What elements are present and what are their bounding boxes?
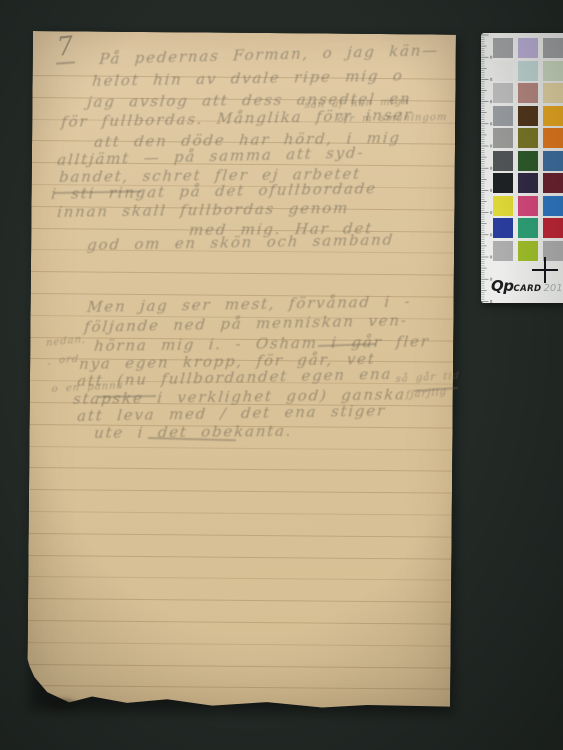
color-patch	[493, 38, 513, 58]
color-patch	[543, 83, 563, 103]
color-patch	[543, 218, 563, 238]
color-patch	[518, 218, 538, 238]
ruled-line	[28, 576, 451, 581]
ruler-number-smudge	[490, 100, 492, 103]
color-patch	[543, 61, 563, 81]
ruled-line	[27, 685, 450, 690]
color-patch	[493, 241, 513, 261]
ruled-line	[31, 271, 454, 276]
color-patch	[493, 151, 513, 171]
ruled-line	[28, 620, 451, 625]
color-patch	[518, 241, 538, 261]
color-patch	[543, 241, 563, 261]
color-patch	[543, 128, 563, 148]
color-patch	[518, 61, 538, 81]
color-patch	[518, 128, 538, 148]
ruler-number-smudge	[490, 189, 492, 192]
ruler-number-smudge	[490, 122, 492, 125]
color-patch	[493, 218, 513, 238]
torn-corner-shadow	[48, 700, 76, 709]
ruled-line	[29, 511, 452, 516]
handwriting-line: öfr m småningom	[337, 112, 448, 125]
ruled-line	[28, 598, 451, 603]
brand-suffix-text: CARD	[514, 284, 542, 294]
color-patch	[493, 61, 513, 81]
ruled-line	[29, 533, 452, 538]
color-patch	[518, 173, 538, 193]
card-brand-logo: QpCARD201	[491, 279, 563, 296]
color-patch	[518, 106, 538, 126]
ruler-number-smudge	[490, 167, 492, 170]
ruled-line	[29, 489, 452, 494]
color-patch	[518, 83, 538, 103]
color-patch	[543, 151, 563, 171]
color-patch	[518, 151, 538, 171]
color-patch	[543, 196, 563, 216]
color-calibration-card: QpCARD201	[481, 33, 563, 303]
photo-scan: 7 På pedernas Forman, o jag kän—helot hi…	[0, 0, 563, 750]
card-model-number: 201	[544, 283, 563, 294]
color-patch	[543, 173, 563, 193]
ruler-number-smudge	[490, 300, 492, 303]
color-patch	[493, 106, 513, 126]
ruled-line	[28, 642, 451, 647]
ruled-line	[27, 664, 450, 669]
ruler-number-smudge	[490, 256, 492, 259]
color-patch	[518, 196, 538, 216]
color-patch	[493, 196, 513, 216]
color-patch	[543, 38, 563, 58]
color-patch	[493, 83, 513, 103]
ruled-line	[29, 467, 452, 472]
color-patch	[518, 38, 538, 58]
ruler-number-smudge	[490, 145, 492, 148]
handwriting-line: , ord	[48, 354, 80, 367]
brand-text: Qp	[491, 277, 514, 295]
color-patch	[543, 106, 563, 126]
ruler-number-smudge	[490, 56, 492, 59]
ruled-lines	[33, 31, 456, 35]
color-patch	[493, 128, 513, 148]
ruled-line	[29, 446, 452, 451]
ruler-number-smudge	[490, 211, 492, 214]
ruler-number-smudge	[490, 233, 492, 236]
ruled-line	[28, 555, 451, 560]
ruler-number-smudge	[490, 78, 492, 81]
color-patch	[493, 173, 513, 193]
page-number: 7	[55, 31, 75, 63]
